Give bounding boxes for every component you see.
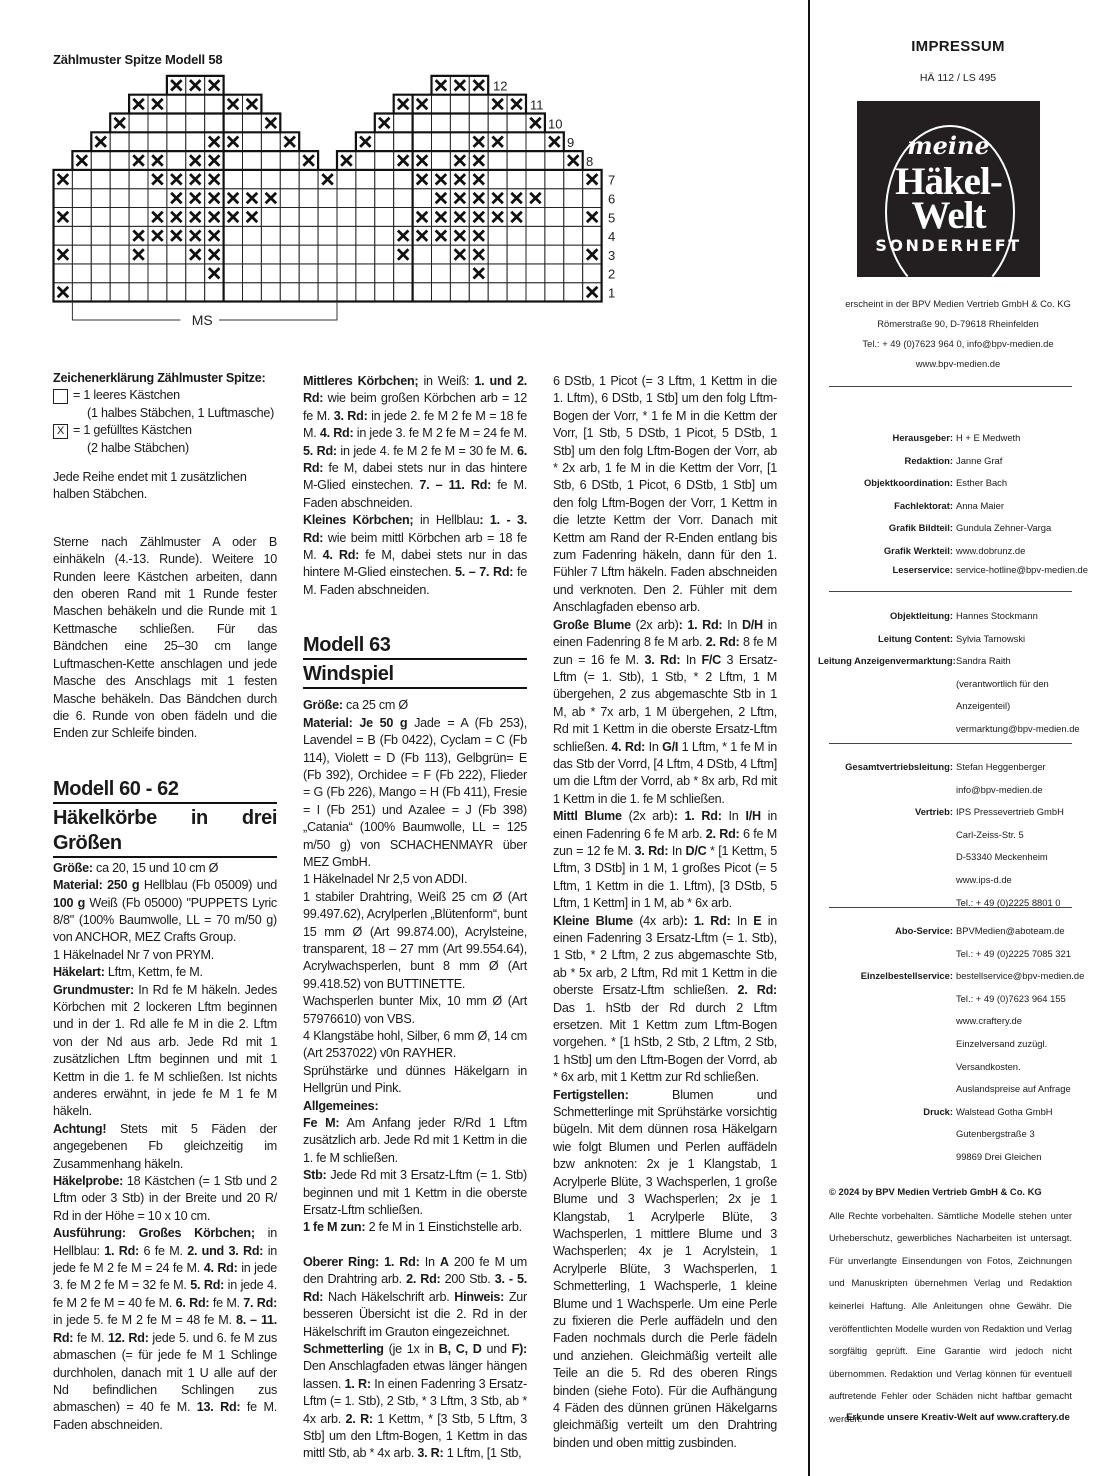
kv-value: Sylvia Tarnowski <box>956 628 1098 651</box>
kv-key: Fachlektorat: <box>818 495 956 518</box>
chart-cell <box>488 245 507 264</box>
ausf-label: Ausführung: Großes Körbchen; <box>53 1226 255 1240</box>
kv-value: bestellservice@bpv-medien.de <box>956 965 1098 988</box>
kv-key <box>818 1123 956 1146</box>
kv-key <box>818 824 956 847</box>
kv-key <box>818 695 956 718</box>
round-label: 5. Rd: <box>190 1278 224 1292</box>
chart-cell <box>507 132 526 151</box>
mittel-label: Mittleres Körbchen; <box>303 374 418 388</box>
zubehoer: 1 stabiler Drahtring, Weiß 25 cm Ø (Art … <box>303 889 527 993</box>
ring-color: A <box>440 1255 449 1269</box>
chart-cell <box>280 283 299 302</box>
chart-cell <box>186 283 205 302</box>
logo-sonderheft: SONDERHEFT <box>857 236 1040 255</box>
round-label: 2. Rd: <box>738 983 777 997</box>
section-subheading-windspiel: Windspiel <box>303 662 527 689</box>
chart-cell <box>72 245 91 264</box>
chart-cell <box>394 283 413 302</box>
empty-box-icon <box>53 389 68 404</box>
divider <box>829 907 1072 908</box>
kv-row: 99869 Drei Gleichen <box>818 1146 1098 1169</box>
zun-label: 1 fe M zun: <box>303 1220 365 1234</box>
chart-cell <box>545 189 564 208</box>
chart-cell <box>167 245 186 264</box>
kv-key <box>818 779 956 802</box>
row-label: 2 <box>608 267 615 282</box>
kv-key <box>818 1056 956 1079</box>
round-label: 2. Rd: <box>406 1272 440 1286</box>
chart-cell <box>394 114 413 133</box>
kv-row: D-53340 Meckenheim <box>818 846 1098 869</box>
chart-cell <box>432 132 451 151</box>
mittel-text: in Weiß: <box>418 374 474 388</box>
chart-cell <box>91 208 110 227</box>
chart-cell <box>280 208 299 227</box>
chart-cell <box>375 226 394 245</box>
chart-cell <box>337 245 356 264</box>
chart-cell <box>299 264 318 283</box>
chart-cell <box>280 226 299 245</box>
kv-value: Esther Bach <box>956 472 1098 495</box>
chart-cell <box>148 264 167 283</box>
kv-value: Janne Graf <box>956 450 1098 473</box>
round-label: 12. Rd: <box>108 1331 149 1345</box>
color-code: G/I <box>662 740 678 754</box>
kv-row: Anzeigenteil) <box>818 695 1098 718</box>
kv-value: IPS Pressevertrieb GmbH <box>956 801 1098 824</box>
kv-key: Redaktion: <box>818 450 956 473</box>
chart-cell <box>526 132 545 151</box>
kv-key <box>818 846 956 869</box>
row-label: 4 <box>608 229 615 244</box>
chart-cell <box>261 264 280 283</box>
chart-cell <box>129 132 148 151</box>
chart-cell <box>432 114 451 133</box>
row-label: 12 <box>493 79 507 94</box>
schm-color-f: F): <box>512 1342 527 1356</box>
chart-cell <box>545 170 564 189</box>
chart-cell <box>205 95 224 114</box>
chart-cell <box>110 208 129 227</box>
kv-value: BPVMedien@aboteam.de <box>956 920 1098 943</box>
material: Material: 250 g Hellblau (Fb 05009) und … <box>53 877 277 947</box>
kv-row: Gesamtvertriebsleitung:Stefan Heggenberg… <box>818 756 1098 779</box>
round-text: in jede 5. fe M 2 fe M = 48 fe M. <box>53 1313 236 1327</box>
chart-cell <box>318 226 337 245</box>
chart-cell <box>299 208 318 227</box>
kv-row: Redaktion:Janne Graf <box>818 450 1098 473</box>
round-label: 2. Rd: <box>706 827 740 841</box>
chart-cell <box>507 264 526 283</box>
material-label: Material: Je 50 g <box>303 716 407 730</box>
chart-cell <box>545 226 564 245</box>
chart-cell <box>91 264 110 283</box>
groesse-value: ca 20, 15 und 10 cm Ø <box>93 861 218 875</box>
chart-cell <box>110 283 129 302</box>
chart-cell <box>564 226 583 245</box>
chart-cell <box>243 226 262 245</box>
legend-filled: X = 1 gefülltes Kästchen(2 halbe Stäbche… <box>53 422 277 457</box>
fertigstellen: Fertigstellen: Blumen und Schmetterlinge… <box>553 1087 777 1453</box>
chart-cell <box>72 226 91 245</box>
chart-cell <box>526 208 545 227</box>
chart-cell <box>129 114 148 133</box>
chart-cell <box>167 114 186 133</box>
chart-cell <box>148 132 167 151</box>
chart-cell <box>129 283 148 302</box>
chart-cell <box>507 170 526 189</box>
chart-cell <box>469 283 488 302</box>
row-label: 1 <box>608 286 615 301</box>
column-divider <box>808 0 810 1476</box>
schm-text: und <box>482 1342 512 1356</box>
chart-cell <box>243 114 262 133</box>
chart-cell <box>337 170 356 189</box>
legend-filled-line2: (2 halbe Stäbchen) <box>73 440 189 457</box>
chart-cell <box>167 132 186 151</box>
schmetterling: Schmetterling (je 1x in B, C, D und F): … <box>303 1341 527 1463</box>
chart-cell <box>356 264 375 283</box>
chart-cell <box>507 226 526 245</box>
schm-colors: B, C, D <box>439 1342 482 1356</box>
chart-cell <box>186 132 205 151</box>
round-label: 7. – 11. Rd: <box>419 478 491 492</box>
chart-cell <box>72 208 91 227</box>
divider <box>829 591 1072 592</box>
round-label: 4. Rd: <box>320 426 354 440</box>
chart-cell <box>243 170 262 189</box>
chart-cell <box>545 208 564 227</box>
kv-value: Sandra Raith <box>956 650 1098 673</box>
chart-cell <box>488 151 507 170</box>
stb-label: Stb: <box>303 1168 326 1182</box>
kv-key <box>818 718 956 741</box>
chart-cell <box>318 264 337 283</box>
chart-cell <box>280 189 299 208</box>
legend-empty-line2: (1 halbes Stäbchen, 1 Luftmasche) <box>73 405 274 422</box>
chart-cell <box>148 189 167 208</box>
kv-row: Herausgeber:H + E Medweth <box>818 427 1098 450</box>
chart-cell <box>356 283 375 302</box>
legend-filled-line1: = 1 gefülltes Kästchen <box>73 423 192 437</box>
chart-cell <box>583 189 602 208</box>
chart-cell <box>224 245 243 264</box>
kv-row: Vertrieb:IPS Pressevertrieb GmbH <box>818 801 1098 824</box>
chart-cell <box>129 264 148 283</box>
chart-cell <box>432 245 451 264</box>
round-text: 6 fe M. <box>139 1244 187 1258</box>
chart-cell <box>280 264 299 283</box>
chart-cell <box>110 132 129 151</box>
column-2: Mittleres Körbchen; in Weiß: 1. und 2. R… <box>303 373 527 1463</box>
material: Material: Je 50 g Jade = A (Fb 253), Lav… <box>303 715 527 872</box>
chart-cell <box>488 170 507 189</box>
stb: Stb: Jede Rd mit 3 Ersatz-Lftm (= 1. Stb… <box>303 1167 527 1219</box>
round-text: In <box>645 740 662 754</box>
kv-row: Tel.: + 49 (0)7623 964 155 <box>818 988 1098 1011</box>
chart-cell <box>526 283 545 302</box>
round-text: 3 Ersatz-Lftm (= 1. Stb), 1 Stb, * 2 Lft… <box>553 653 777 754</box>
chart-cell <box>375 132 394 151</box>
spruehstaerke: Sprühstärke und dünnes Häkelgarn in Hell… <box>303 1063 527 1098</box>
chart-cell <box>375 264 394 283</box>
mittleres-koerbchen: Mittleres Körbchen; in Weiß: 1. und 2. R… <box>303 373 527 512</box>
chart-cell <box>583 264 602 283</box>
fs-value: Blumen und Schmetterlinge mit Sprühstärk… <box>553 1088 777 1450</box>
impressum-block-4: Abo-Service:BPVMedien@aboteam.deTel.: + … <box>818 920 1098 1169</box>
round-label: 2. R: <box>346 1412 373 1426</box>
chart-cell <box>72 283 91 302</box>
chart-cell <box>91 170 110 189</box>
chart-cell <box>299 245 318 264</box>
chart-cell <box>318 245 337 264</box>
kv-key: Abo-Service: <box>818 920 956 943</box>
kv-key: Herausgeber: <box>818 427 956 450</box>
round-label: 3. Rd: <box>635 844 669 858</box>
kv-value: Tel.: + 49 (0)2225 8801 0 <box>956 892 1098 915</box>
chart-cell <box>356 151 375 170</box>
kv-key <box>818 1078 956 1101</box>
kv-row: Leitung Anzeigenvermarktung:Sandra Raith <box>818 650 1098 673</box>
row-label: 8 <box>586 154 593 169</box>
chart-cell <box>167 283 186 302</box>
chart-cell <box>526 264 545 283</box>
row-label: 6 <box>608 192 615 207</box>
chart-cell <box>280 170 299 189</box>
chart-cell <box>450 114 469 133</box>
fs-label: Fertigstellen: <box>553 1088 629 1102</box>
chart-cell <box>224 170 243 189</box>
chart-cell <box>545 245 564 264</box>
ms-label: MS <box>192 312 213 328</box>
chart-cell <box>186 264 205 283</box>
chart-cell <box>488 283 507 302</box>
chart-cell <box>243 245 262 264</box>
kv-value: Stefan Heggenberger <box>956 756 1098 779</box>
logo-welt: Welt <box>857 193 1040 238</box>
stars-instructions: Sterne nach Zählmuster A oder B einhäkel… <box>53 534 277 743</box>
kv-row: Einzelbestellservice:bestellservice@bpv-… <box>818 965 1098 988</box>
nadel: 1 Häkelnadel Nr 7 von PRYM. <box>53 947 277 964</box>
kv-row: Abo-Service:BPVMedien@aboteam.de <box>818 920 1098 943</box>
chart-cell <box>129 189 148 208</box>
chart-cell <box>413 264 432 283</box>
chart-cell <box>488 226 507 245</box>
chart-cell <box>526 170 545 189</box>
kv-row: Druck:Walstead Gotha GmbH <box>818 1101 1098 1124</box>
chart-cell <box>91 151 110 170</box>
divider <box>829 743 1072 744</box>
chart-cell <box>261 208 280 227</box>
chart-cell <box>243 151 262 170</box>
kv-value: Tel.: + 49 (0)7623 964 155 <box>956 988 1098 1011</box>
grosse-blume: Große Blume (2x arb): 1. Rd: In D/H in e… <box>553 617 777 808</box>
round-label: : 1. Rd: <box>684 914 731 928</box>
chart-cell <box>148 114 167 133</box>
kv-row: Einzelversand zuzügl. <box>818 1033 1098 1056</box>
chart-cell <box>469 114 488 133</box>
impressum-block-2: Objektleitung:Hannes StockmannLeitung Co… <box>818 605 1098 741</box>
chart-cell <box>243 264 262 283</box>
round-text: in jede 4. fe M 2 fe M = 30 fe M. <box>337 444 517 458</box>
chart-cell <box>564 170 583 189</box>
logo-meine: meine <box>857 131 1040 160</box>
kv-value: Anna Maier <box>956 495 1098 518</box>
material-amount-b: 100 g <box>53 896 85 910</box>
chart-cell <box>224 226 243 245</box>
achtung-label: Achtung! <box>53 1122 106 1136</box>
row-label: 10 <box>548 116 562 131</box>
publisher-info: erscheint in der BPV Medien Vertrieb Gmb… <box>818 294 1098 374</box>
kleines-koerbchen: Kleines Körbchen; in Hellblau: 1. - 3. R… <box>303 512 527 599</box>
chart-cell <box>432 151 451 170</box>
chart-cell <box>280 151 299 170</box>
chart-cell <box>91 283 110 302</box>
kv-row: Grafik Bildteil:Gundula Zehner-Varga <box>818 517 1098 540</box>
kleine-blume: Kleine Blume (4x arb): 1. Rd: In E in ei… <box>553 913 777 1087</box>
kv-row: Versandkosten. <box>818 1056 1098 1079</box>
round-label: 1. R: <box>345 1377 371 1391</box>
round-text: In <box>722 618 742 632</box>
chart-cell <box>413 132 432 151</box>
chart-cell <box>507 151 526 170</box>
material-a: Hellblau (Fb 05009) und <box>139 878 277 892</box>
color-code: D/H <box>742 618 763 632</box>
kv-value: info@bpv-medien.de <box>956 779 1098 802</box>
chart-cell <box>526 151 545 170</box>
allgemeines-heading: Allgemeines: <box>303 1098 527 1115</box>
impressum-leserservice: Leserservice:service-hotline@bpv-medien.… <box>818 559 1098 582</box>
kv-row: (verantwortlich für den <box>818 673 1098 696</box>
chart-cell <box>356 208 375 227</box>
chart-cell <box>375 170 394 189</box>
groesse-value: ca 25 cm Ø <box>343 698 408 712</box>
kv-value: Anzeigenteil) <box>956 695 1098 718</box>
kv-row: Carl-Zeiss-Str. 5 <box>818 824 1098 847</box>
chart-cell <box>394 170 413 189</box>
round-label: 1. Rd: <box>104 1244 139 1258</box>
row-label: 7 <box>608 173 615 188</box>
groesse: Größe: ca 20, 15 und 10 cm Ø <box>53 860 277 877</box>
impressum-block-1: Herausgeber:H + E MedwethRedaktion:Janne… <box>818 427 1098 563</box>
chart-cell <box>375 283 394 302</box>
kv-row: Tel.: + 49 (0)2225 8801 0 <box>818 892 1098 915</box>
kv-key: Leserservice: <box>818 559 956 582</box>
round-text: 1 Lftm, [1 Stb, <box>443 1446 521 1460</box>
chart-cell <box>375 245 394 264</box>
chart-cell <box>261 132 280 151</box>
haekelprobe: Häkelprobe: 18 Kästchen (= 1 Stb und 2 L… <box>53 1173 277 1225</box>
kv-row: Tel.: + 49 (0)2225 7085 321 <box>818 943 1098 966</box>
round-text: fe M. <box>209 1296 243 1310</box>
kv-row: Objektkoordination:Esther Bach <box>818 472 1098 495</box>
round-label: : 1. Rd: <box>679 618 723 632</box>
kv-value: Carl-Zeiss-Str. 5 <box>956 824 1098 847</box>
kv-value: Walstead Gotha GmbH <box>956 1101 1098 1124</box>
fe-m: Fe M: Am Anfang jeder R/Rd 1 Lftm zusätz… <box>303 1115 527 1167</box>
wachsperlen: Wachsperlen bunter Mix, 10 mm Ø (Art 579… <box>303 993 527 1028</box>
chart-cell <box>72 264 91 283</box>
kv-row: Fachlektorat:Anna Maier <box>818 495 1098 518</box>
kv-key: Objektleitung: <box>818 605 956 628</box>
chart-cell <box>413 245 432 264</box>
kb-text: (4x arb) <box>633 914 684 928</box>
schmetterling-cont: 6 DStb, 1 Picot (= 3 Lftm, 1 Kettm in di… <box>553 373 777 617</box>
chart-cell <box>110 226 129 245</box>
section-heading-modell-60-62: Modell 60 - 62 <box>53 777 277 804</box>
chart-cell <box>54 189 73 208</box>
chart-cell <box>432 264 451 283</box>
kv-value: www.ips-d.de <box>956 869 1098 892</box>
kv-value: (verantwortlich für den <box>956 673 1098 696</box>
chart-cell <box>243 283 262 302</box>
kv-row: Objektleitung:Hannes Stockmann <box>818 605 1098 628</box>
kv-key: Einzelbestellservice: <box>818 965 956 988</box>
chart-cell <box>545 264 564 283</box>
chart-cell <box>54 264 73 283</box>
chart-cell <box>186 114 205 133</box>
haekelart-value: Lftm, Kettm, fe M. <box>105 965 203 979</box>
chart-cell <box>356 170 375 189</box>
chart-cell <box>72 170 91 189</box>
section-subheading-haekelkoerbe: Häkelkörbe in drei Größen <box>53 806 277 858</box>
row-label: 9 <box>567 135 574 150</box>
chart-cell <box>224 151 243 170</box>
kv-row: www.craftery.de <box>818 1010 1098 1033</box>
copyright-text: Alle Rechte vorbehalten. Sämtliche Model… <box>829 1205 1072 1431</box>
round-label: 4. Rd: <box>204 1261 238 1275</box>
klein-label: Kleines Körbchen; <box>303 513 413 527</box>
chart-cell <box>564 283 583 302</box>
kv-value: Gundula Zehner-Varga <box>956 517 1098 540</box>
kv-key: Druck: <box>818 1101 956 1124</box>
kv-row: Leitung Content:Sylvia Tarnowski <box>818 628 1098 651</box>
material-value: Jade = A (Fb 253), Lavendel = B (Fb 0422… <box>303 716 527 869</box>
chart-cell <box>91 245 110 264</box>
kv-value: Versandkosten. <box>956 1056 1098 1079</box>
chart-cell <box>375 208 394 227</box>
chart-cell <box>450 264 469 283</box>
chart-cell <box>318 189 337 208</box>
chart-cell <box>72 189 91 208</box>
round-text: 200 Stb. <box>440 1272 494 1286</box>
kv-value: D-53340 Meckenheim <box>956 846 1098 869</box>
chart-cell <box>110 245 129 264</box>
round-label: 5. Rd: <box>303 444 337 458</box>
color-code: I/H <box>745 809 760 823</box>
mb-label: Mittl Blume <box>553 809 622 823</box>
chart-cell <box>413 114 432 133</box>
chart-cell <box>261 283 280 302</box>
chart-cell <box>394 208 413 227</box>
section-heading-modell-63: Modell 63 <box>303 633 527 660</box>
filled-box-icon: X <box>53 424 68 439</box>
kv-value: 99869 Drei Gleichen <box>956 1146 1098 1169</box>
publisher-line: erscheint in der BPV Medien Vertrieb Gmb… <box>818 294 1098 314</box>
kv-value: www.craftery.de <box>956 1010 1098 1033</box>
legend-empty: = 1 leeres Kästchen(1 halbes Stäbchen, 1… <box>53 387 277 422</box>
round-label: 3. R: <box>417 1446 443 1460</box>
chart-cell <box>488 114 507 133</box>
round-text: Nach Häkelschrift arb. <box>323 1290 454 1304</box>
publisher-line: Römerstraße 90, D-79618 Rheinfelden <box>818 314 1098 334</box>
chart-cell <box>432 95 451 114</box>
klangstaebe: 4 Klangstäbe hohl, Silber, 6 mm Ø, 14 cm… <box>303 1028 527 1063</box>
filet-chart: 123456789101112MS <box>0 0 800 340</box>
divider <box>829 386 1072 387</box>
chart-cell <box>526 226 545 245</box>
